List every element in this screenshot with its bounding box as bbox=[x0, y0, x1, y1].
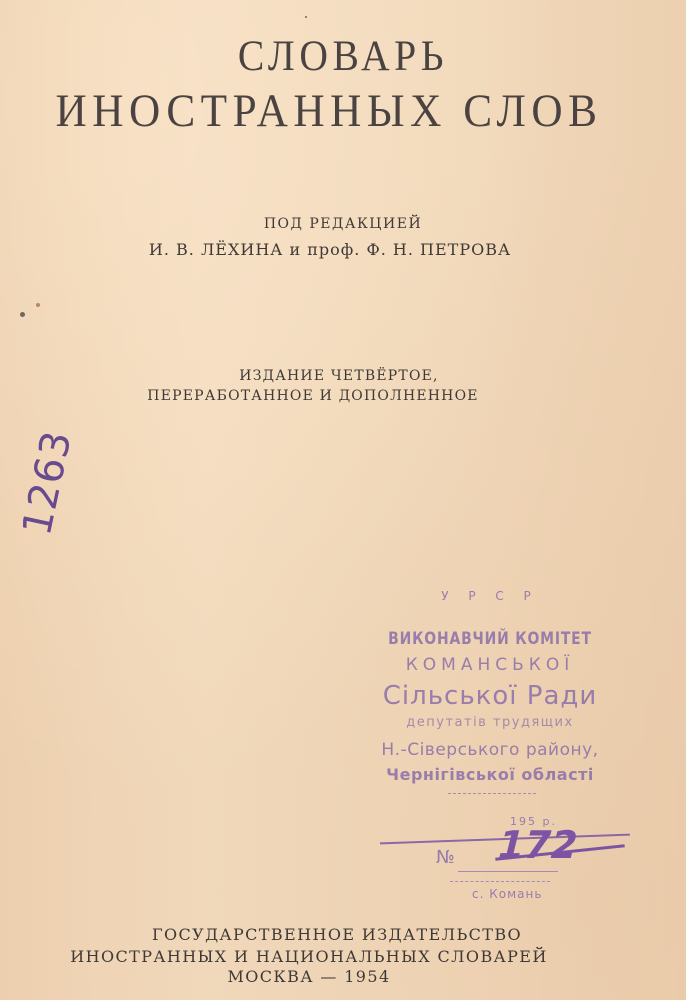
title-line-2: ИНОСТРАННЫХ СЛОВ bbox=[13, 84, 644, 138]
publisher-line-3: МОСКВА — 1954 bbox=[0, 967, 652, 986]
edition-line-2: ПЕРЕРАБОТАННОЕ И ДОПОЛНЕННОЕ bbox=[0, 388, 656, 404]
stamp-council: Сільської Ради bbox=[340, 681, 640, 711]
handwritten-inventory-number: 1263 bbox=[14, 442, 72, 538]
publisher-line-1: ГОСУДАРСТВЕННОЕ ИЗДАТЕЛЬСТВО bbox=[0, 925, 680, 944]
stamp-divider bbox=[448, 793, 536, 794]
paper-speck bbox=[36, 303, 40, 307]
publisher-line-2: ИНОСТРАННЫХ И НАЦИОНАЛЬНЫХ СЛОВАРЕЙ bbox=[0, 947, 652, 966]
paper-speck bbox=[305, 16, 307, 18]
stamp-handwritten-number: 172 bbox=[493, 823, 583, 867]
title-page: СЛОВАРЬ ИНОСТРАННЫХ СЛОВ ПОД РЕДАКЦИЕЙ И… bbox=[0, 0, 686, 1000]
editors-names: И. В. ЛЁХИНА и проф. Ф. Н. ПЕТРОВА bbox=[0, 240, 673, 259]
stamp-number-underline bbox=[458, 871, 558, 872]
stamp-number-label: № bbox=[436, 847, 455, 868]
paper-speck bbox=[20, 312, 25, 317]
stamp-committee: ВИКОНАВЧИЙ КОМІТЕТ bbox=[367, 629, 613, 649]
stamp-district: Н.-Сіверського району, bbox=[340, 740, 640, 760]
stamp-deputies: депутатів трудящих bbox=[340, 715, 640, 730]
edition-line-1: ИЗДАНИЕ ЧЕТВЁРТОЕ, bbox=[0, 368, 682, 384]
editors-label: ПОД РЕДАКЦИЕЙ bbox=[0, 216, 686, 232]
stamp-republic: У Р С Р bbox=[340, 589, 640, 603]
stamp-divider-bottom bbox=[450, 881, 550, 882]
library-stamp: У Р С Р ВИКОНАВЧИЙ КОМІТЕТ КОМАНСЬКОЇ Сі… bbox=[340, 585, 640, 905]
stamp-place: с. Комань bbox=[472, 887, 542, 901]
stamp-village: КОМАНСЬКОЇ bbox=[340, 655, 640, 675]
title-line-1: СЛОВАРЬ bbox=[27, 32, 658, 81]
stamp-region: Чернігівської області bbox=[340, 765, 640, 784]
